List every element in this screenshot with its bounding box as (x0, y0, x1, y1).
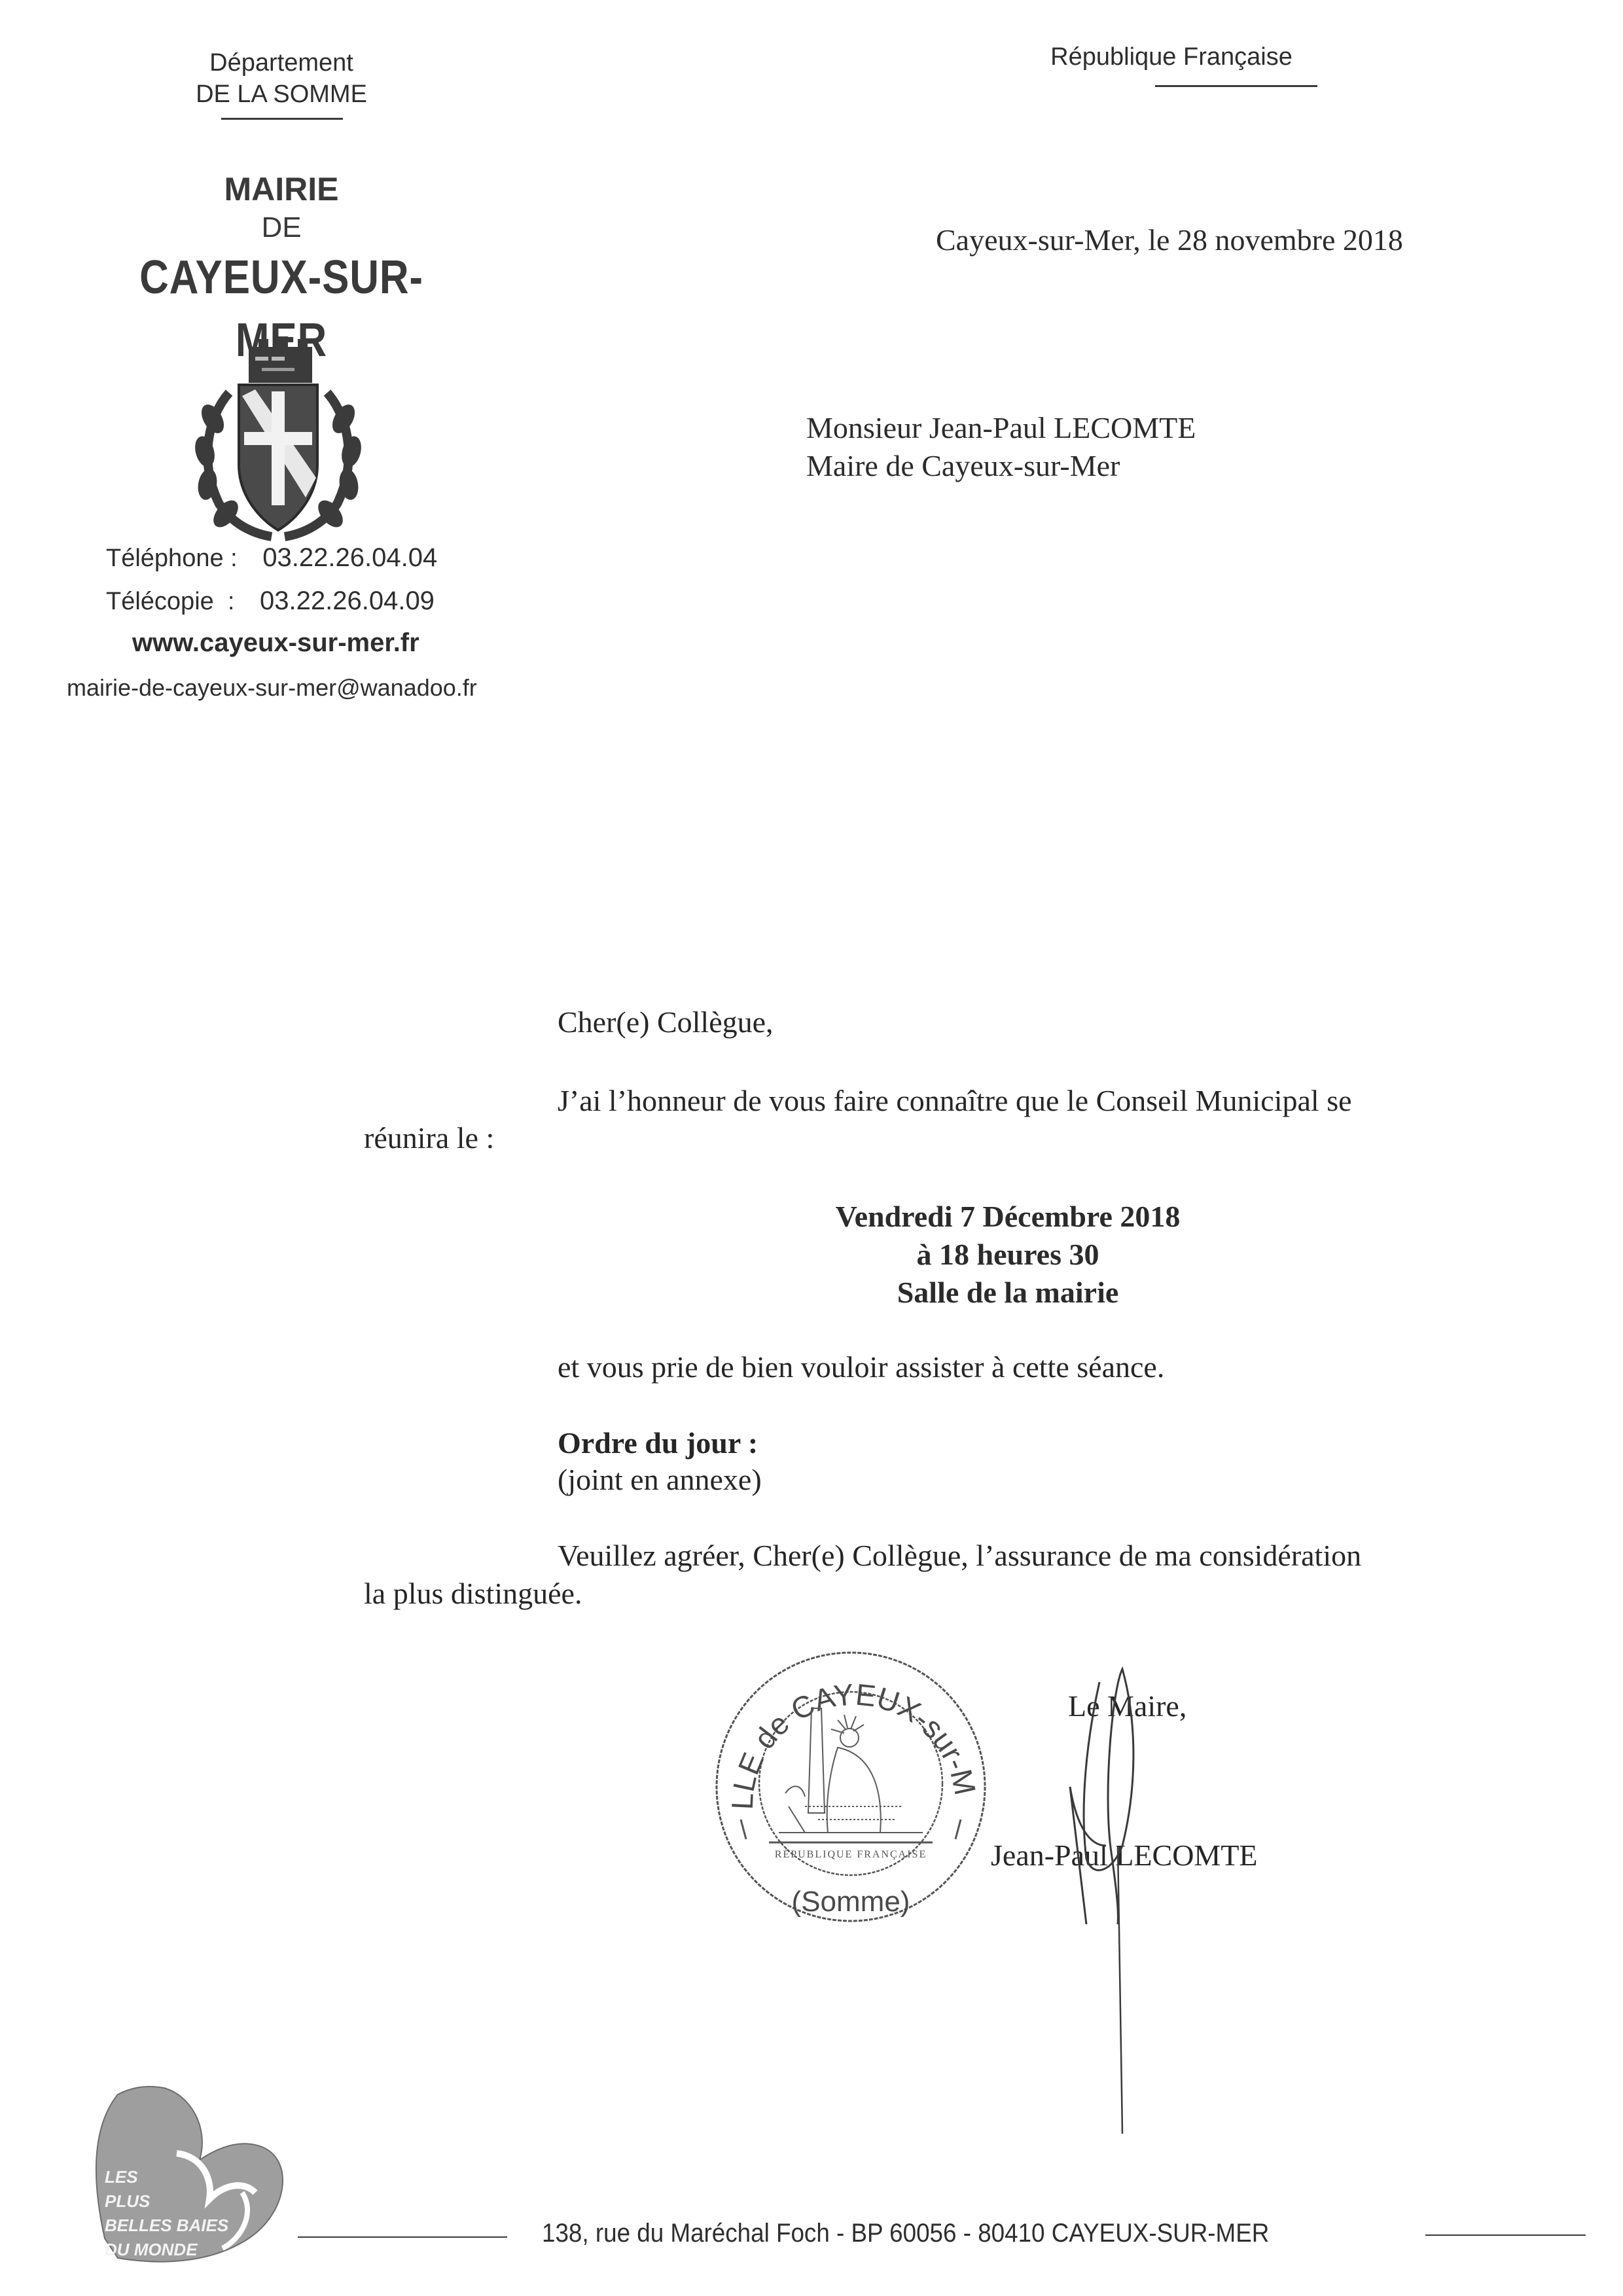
attendance-request: et vous prie de bien vouloir assister à … (558, 1350, 1164, 1384)
recipient-title: Maire de Cayeux-sur-Mer (806, 447, 1196, 485)
mairie-line1: MAIRIE (79, 169, 484, 209)
recipient-block: Monsieur Jean-Paul LECOMTE Maire de Caye… (806, 409, 1196, 485)
republic-header: République Française (1008, 43, 1335, 71)
agenda-note: (joint en annexe) (558, 1462, 762, 1497)
fax-value: 03.22.26.04.09 (260, 586, 435, 616)
department-line1: Département (131, 47, 432, 79)
website-link[interactable]: www.cayeux-sur-mer.fr (132, 628, 419, 658)
closing-line2: la plus distinguée. (364, 1576, 582, 1611)
footer-rule-right (1425, 2234, 1586, 2236)
meeting-details: Vendredi 7 Décembre 2018 à 18 heures 30 … (654, 1198, 1361, 1312)
meeting-time: à 18 heures 30 (654, 1236, 1361, 1274)
coat-of-arms-icon (167, 334, 389, 550)
svg-text:VILLE de CAYEUX-sur-MER: VILLE de CAYEUX-sur-MER (707, 1643, 982, 1810)
mairie-line2: DE (79, 209, 484, 246)
phone-row: Téléphone : 03.22.26.04.04 (106, 543, 437, 573)
fax-row: Télécopie : 03.22.26.04.09 (106, 586, 435, 616)
department-divider (221, 118, 343, 120)
intro-line1: J’ai l’honneur de vous faire connaître q… (558, 1083, 1352, 1118)
meeting-place: Salle de la mairie (654, 1274, 1361, 1312)
intro-line2: réunira le : (364, 1121, 494, 1155)
logo-line2: PLUS (105, 2191, 151, 2211)
republic-divider (1155, 85, 1317, 87)
logo-line3: BELLES BAIES (105, 2215, 229, 2235)
agenda-title: Ordre du jour : (558, 1426, 758, 1460)
department-line2: DE LA SOMME (131, 79, 432, 110)
email-link[interactable]: mairie-de-cayeux-sur-mer@wanadoo.fr (67, 674, 477, 702)
seal-bottom-text: (Somme) (792, 1886, 910, 1918)
les-plus-belles-baies-logo: LES PLUS BELLES BAIES DU MONDE (79, 2081, 301, 2278)
phone-value: 03.22.26.04.04 (262, 543, 437, 573)
logo-line4: DU MONDE (105, 2240, 198, 2259)
salutation: Cher(e) Collègue, (558, 1005, 774, 1039)
official-seal-stamp: VILLE de CAYEUX-sur-MER (Somme) RÉPUBLIQ… (707, 1643, 995, 1931)
seal-top-text: VILLE de CAYEUX-sur-MER (707, 1643, 982, 1810)
footer-address: 138, rue du Maréchal Foch - BP 60056 - 8… (542, 2219, 1269, 2248)
closing-line1: Veuillez agréer, Cher(e) Collègue, l’ass… (558, 1538, 1361, 1573)
footer-rule-left (298, 2236, 507, 2238)
meeting-date: Vendredi 7 Décembre 2018 (654, 1198, 1361, 1236)
logo-line1: LES (105, 2167, 138, 2187)
phone-label: Téléphone : (106, 545, 238, 573)
fax-label: Télécopie : (106, 588, 234, 616)
recipient-name: Monsieur Jean-Paul LECOMTE (806, 409, 1196, 447)
place-date: Cayeux-sur-Mer, le 28 novembre 2018 (936, 223, 1403, 257)
seal-inner-text: RÉPUBLIQUE FRANÇAISE (775, 1848, 927, 1860)
handwritten-signature (1060, 1662, 1204, 2134)
department-header: Département DE LA SOMME (131, 47, 432, 110)
